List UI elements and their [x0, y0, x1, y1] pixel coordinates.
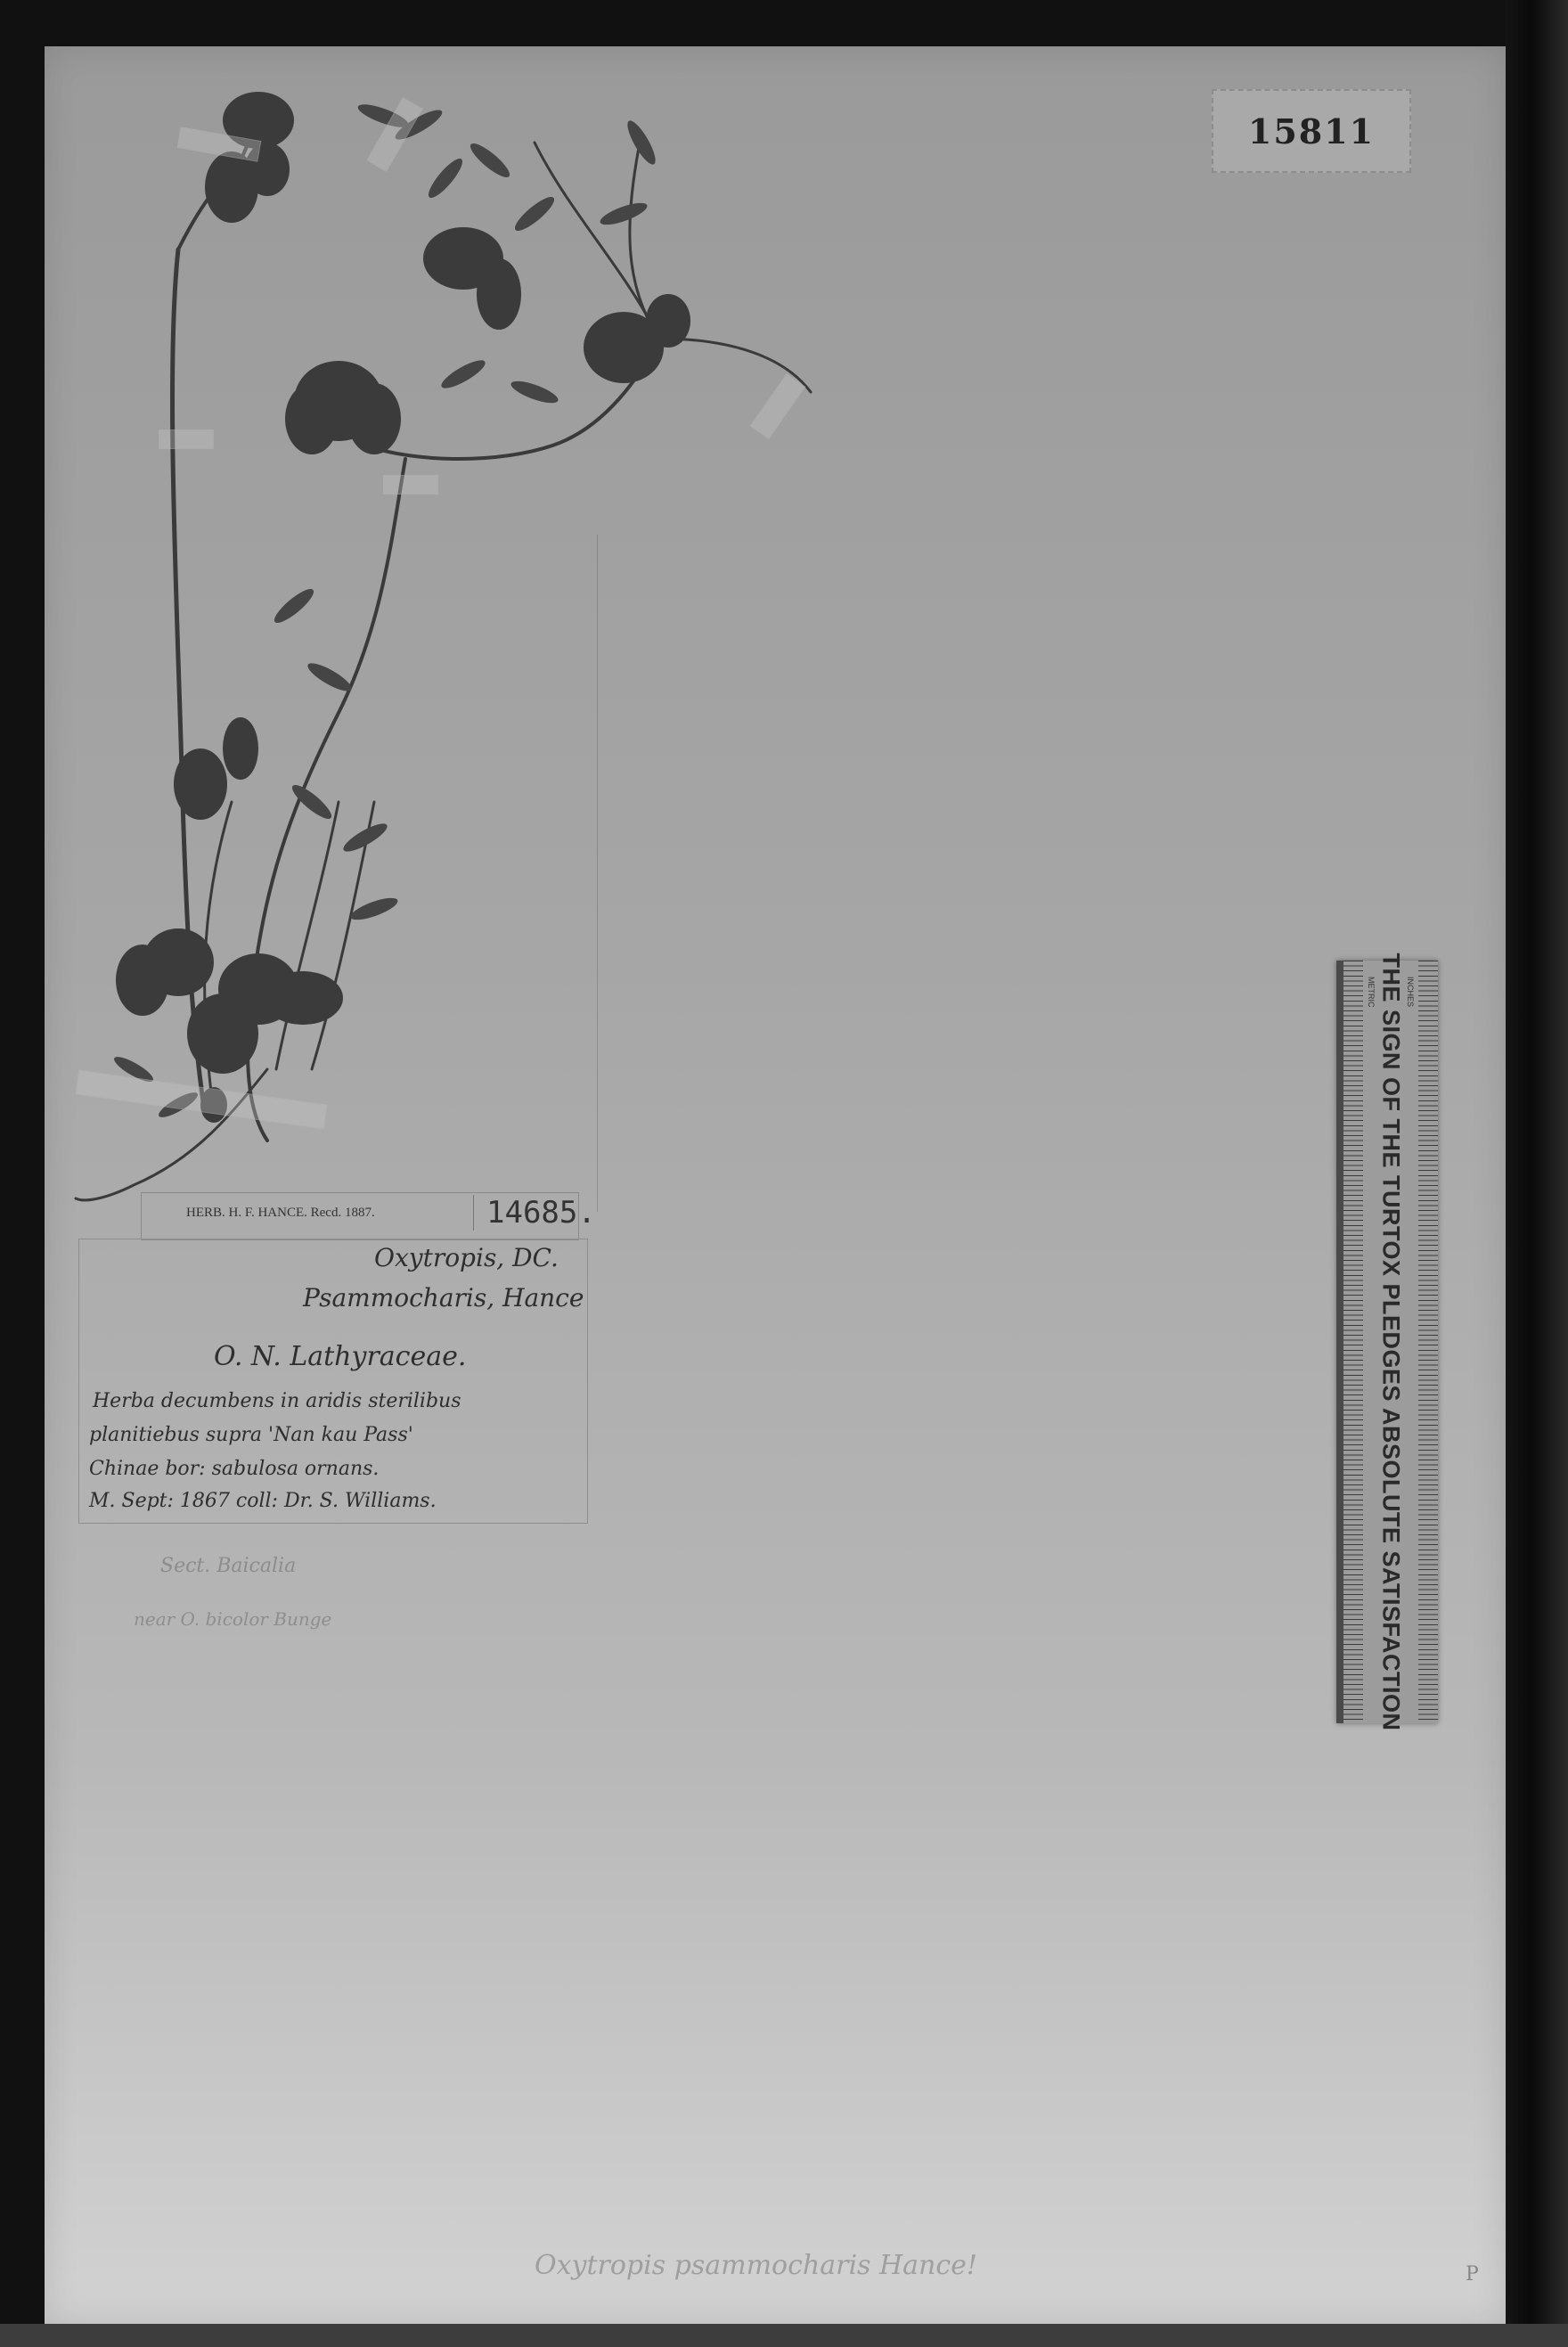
herbarium-number: 14685. — [473, 1195, 596, 1231]
ruler-ticks-inches — [1418, 961, 1438, 1723]
pencil-note-2: near O. bicolor Bunge — [134, 1608, 331, 1630]
scale-ruler: METRIC INCHES THE SIGN OF THE TURTOX PLE… — [1336, 961, 1438, 1723]
description-line-3: Chinae bor: sabulosa ornans. — [89, 1458, 379, 1480]
bottom-pencil-note: Oxytropis psammocharis Hance! — [535, 2250, 977, 2281]
ruler-text: THE SIGN OF THE TURTOX PLEDGES ABSOLUTE … — [1377, 953, 1405, 1730]
herbarium-stamp-text: HERB. H. F. HANCE. Recd. 1887. — [186, 1206, 375, 1221]
description-line-1: Herba decumbens in aridis sterilibus — [93, 1390, 461, 1412]
ruler-unit-metric: METRIC — [1367, 977, 1376, 1008]
description-line-2: planitiebus supra 'Nan kau Pass' — [89, 1424, 413, 1446]
plant-specimen-icon — [0, 0, 1568, 2347]
ruler-ticks-metric — [1343, 961, 1363, 1723]
description-line-4: M. Sept: 1867 coll: Dr. S. Williams. — [89, 1490, 437, 1512]
genus-line: Oxytropis, DC. — [374, 1243, 559, 1272]
herbarium-stamp: HERB. H. F. HANCE. Recd. 1887. 14685. — [141, 1192, 579, 1240]
species-line: Psammocharis, Hance — [303, 1283, 584, 1313]
pencil-note-1: Sect. Baicalia — [160, 1555, 296, 1577]
ruler-unit-inches: INCHES — [1406, 977, 1415, 1007]
tape-strip — [383, 475, 438, 495]
determination-label — [78, 1239, 588, 1524]
corner-mark: P — [1466, 2263, 1479, 2286]
tape-strip — [159, 429, 214, 449]
order-line: O. N. Lathyraceae. — [214, 1341, 466, 1372]
